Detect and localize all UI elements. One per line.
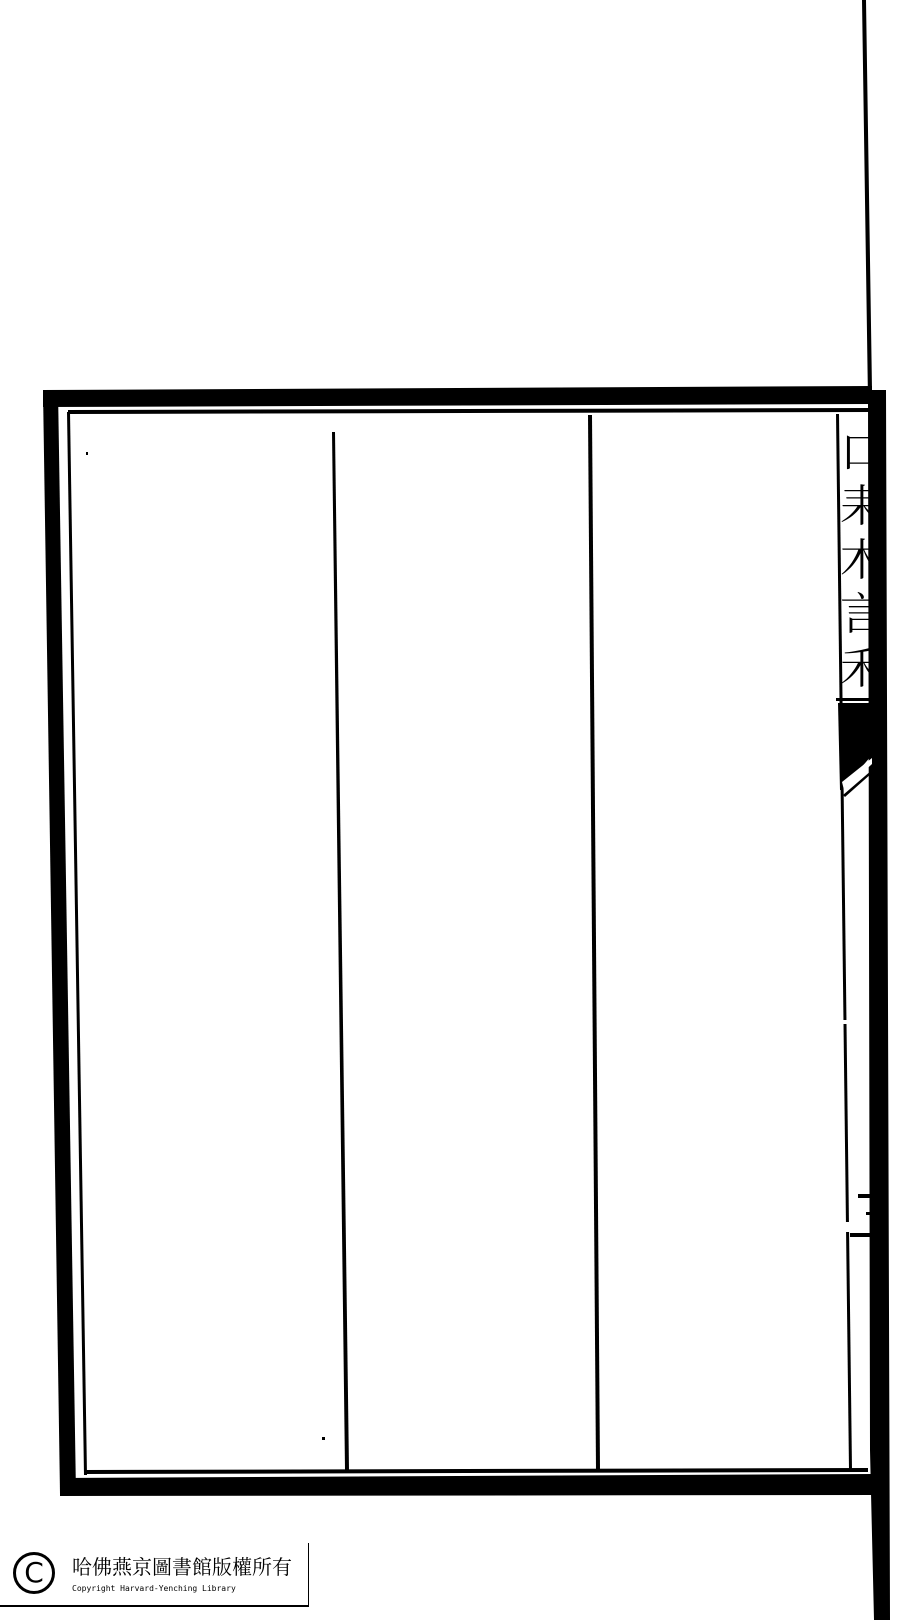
center-rule-gap [838,1020,852,1024]
title-char: 禾 [840,642,870,696]
title-char: 木 [840,534,870,588]
scanned-page [0,0,900,1620]
copyright-english-text: Copyright Harvard-Yenching Library [72,1584,236,1593]
page-number-stroke [850,1233,872,1237]
spine-edge [862,0,890,1620]
copyright-stamp: C 哈佛燕京圖書館版權所有 Copyright Harvard-Yenching… [0,1543,309,1607]
center-margin-title: 口 耒 木 言 禾 [836,424,870,700]
title-char: 口 [840,426,870,480]
column-rule-1 [332,432,349,1470]
title-char: 言 [840,588,870,642]
ink-speck [322,1437,325,1440]
page-number-stroke [866,1212,872,1215]
title-char: 耒 [840,480,870,534]
ink-speck [86,452,88,455]
frame-top-thick [43,386,872,407]
page-number-stroke [858,1194,872,1198]
column-rule-2 [588,415,600,1470]
copyright-circle-icon: C [13,1552,55,1594]
frame-bottom-thick [60,1474,874,1496]
frame-top-thin [68,408,872,414]
title-text: 口 耒 木 言 禾 [840,426,870,696]
frame-bottom-thin [84,1468,868,1474]
center-rule-gap [840,1222,852,1232]
copyright-chinese-text: 哈佛燕京圖書館版權所有 [72,1551,292,1580]
